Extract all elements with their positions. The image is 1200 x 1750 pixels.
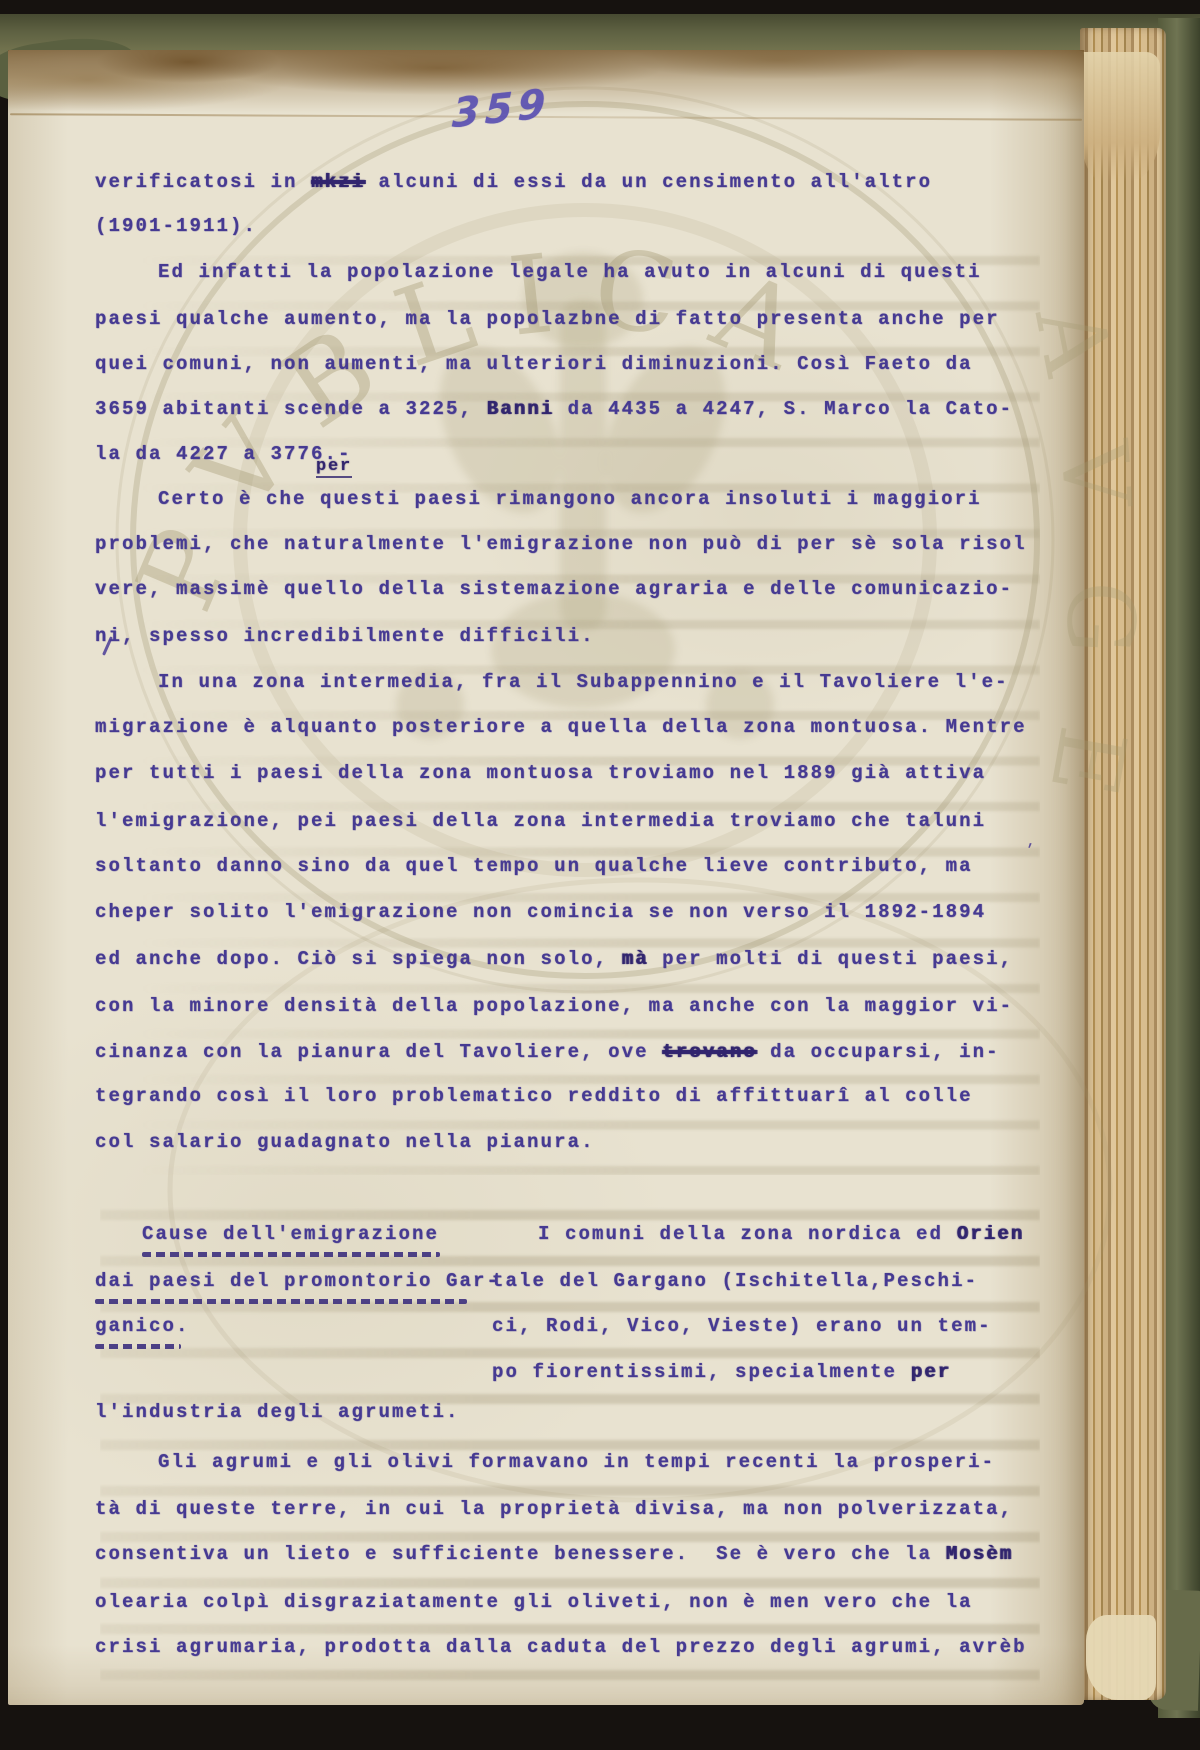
typed-line: I comuni della zona nordica ed Orien bbox=[538, 1221, 1024, 1247]
typed-text-layer: 359 per ʹ verificatosi in mkzi alcuni di… bbox=[0, 0, 1200, 1750]
typed-line: consentiva un lieto e sufficiente beness… bbox=[95, 1541, 1013, 1567]
typed-line: col salario guadagnato nella pianura. bbox=[95, 1129, 595, 1155]
typed-line: 3659 abitanti scende a 3225, Banni da 44… bbox=[95, 396, 1013, 422]
typed-line: soltanto danno sino da quel tempo un qua… bbox=[95, 853, 973, 879]
typed-line: quei comuni, non aumenti, ma ulteriori d… bbox=[95, 351, 973, 377]
scanned-book-photo: { "page": { "number": "359" }, "watermar… bbox=[0, 0, 1200, 1750]
overtyped-word: Mosèm bbox=[946, 1543, 1014, 1565]
overtyped-word: Banni bbox=[487, 398, 555, 420]
overtyped-word: Orien bbox=[957, 1223, 1025, 1245]
handwritten-tick-mark: ʹ bbox=[1024, 840, 1034, 865]
typed-line: tegrando così il loro problematico reddi… bbox=[95, 1083, 973, 1109]
typed-line: Certo è che questi paesi rimangono ancor… bbox=[158, 486, 982, 512]
typed-line: con la minore densità della popolazione,… bbox=[95, 993, 1013, 1019]
typed-line: Gli agrumi e gli olivi formavano in temp… bbox=[158, 1449, 995, 1475]
dashed-underline bbox=[95, 1299, 467, 1304]
dashed-underline bbox=[95, 1344, 181, 1349]
typed-line: problemi, che naturalmente l'emigrazione… bbox=[95, 531, 1027, 557]
typed-line: l'emigrazione, pei paesi della zona inte… bbox=[95, 808, 986, 834]
typed-line: Ed infatti la popolazione legale ha avut… bbox=[158, 259, 982, 285]
typed-line: olearia colpì disgraziatamente gli olive… bbox=[95, 1589, 973, 1615]
dashed-underline bbox=[142, 1252, 440, 1257]
typed-line: l'industria degli agrumeti. bbox=[95, 1399, 460, 1425]
overstruck-word: trovano bbox=[662, 1041, 757, 1063]
typed-line: ci, Rodi, Vico, Vieste) erano un tem- bbox=[492, 1313, 992, 1339]
typed-line: Cause dell'emigrazione bbox=[142, 1221, 439, 1247]
typed-line: ed anche dopo. Ciò si spiega non solo, m… bbox=[95, 946, 1013, 972]
typed-line: verificatosi in mkzi alcuni di essi da u… bbox=[95, 169, 932, 195]
typed-line: paesi qualche aumento, ma la popolazbne … bbox=[95, 306, 1000, 332]
typed-line: vere, massimè quello della sistemazione … bbox=[95, 576, 1013, 602]
typed-line: po fiorentissimi, specialmente per bbox=[492, 1359, 951, 1385]
overstruck-word: mkzi bbox=[311, 171, 365, 193]
overtyped-word: per bbox=[911, 1361, 952, 1383]
typed-line: cinanza con la pianura del Tavoliere, ov… bbox=[95, 1039, 1000, 1065]
typed-line: ganico. bbox=[95, 1313, 190, 1339]
typed-line: ni, spesso incredibilmente difficili. bbox=[95, 623, 595, 649]
typed-line: tà di queste terre, in cui la proprietà … bbox=[95, 1496, 1013, 1522]
typed-line: la da 4227 a 3776.- bbox=[95, 441, 352, 467]
typed-line: per tutti i paesi della zona montuosa tr… bbox=[95, 760, 986, 786]
typed-line: (1901-1911). bbox=[95, 213, 257, 239]
typed-line: cheper solito l'emigrazione non comincia… bbox=[95, 899, 986, 925]
overtyped-word: mà bbox=[622, 948, 649, 970]
page-number-handwritten: 359 bbox=[451, 81, 551, 138]
typed-line: dai paesi del promontorio Gar- bbox=[95, 1268, 500, 1294]
typed-line: crisi agrumaria, prodotta dalla caduta d… bbox=[95, 1634, 1027, 1660]
typed-line: migrazione è alquanto posteriore a quell… bbox=[95, 714, 1027, 740]
typed-line: In una zona intermedia, fra il Subappenn… bbox=[158, 669, 1009, 695]
typed-line: tale del Gargano (Ischitella,Peschi- bbox=[492, 1268, 978, 1294]
